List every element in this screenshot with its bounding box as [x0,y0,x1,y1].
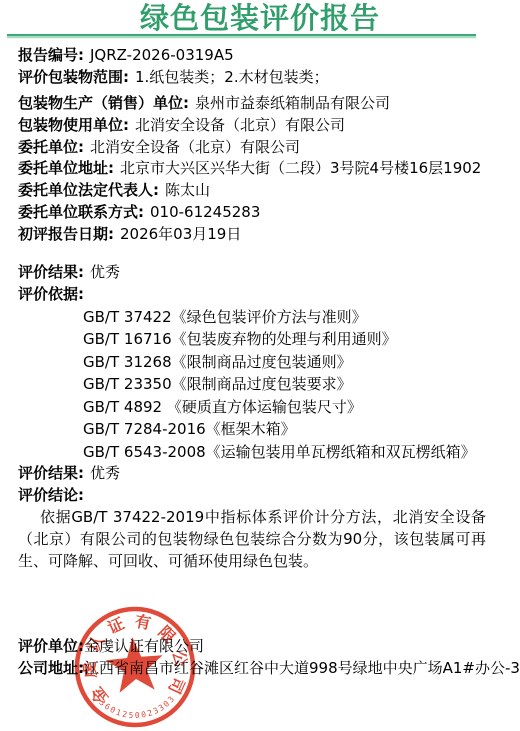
row-producer: 包装物生产（销售）单位:泉州市益泰纸箱制品有限公司 [18,93,502,115]
basis-heading-label: 评价依据: [18,285,84,303]
page-title: 绿色包装评价报告 [0,0,520,34]
row-result-second: 评价结果:优秀 [18,463,502,485]
row-report-date: 初评报告日期:2026年03月19日 [18,224,502,246]
conclusion-heading-label: 评价结论: [18,486,84,504]
row-result-first: 评价结果:优秀 [18,262,502,284]
user-unit-label: 包装物使用单位: [18,116,129,134]
standard-item: GB/T 23350《限制商品过度包装要求》 [18,373,502,396]
contact-label: 委托单位联系方式: [18,203,144,221]
row-user-unit: 包装物使用单位:北消安全设备（北京）有限公司 [18,115,502,137]
row-contact: 委托单位联系方式:010-61245283 [18,202,502,224]
producer-value: 泉州市益泰纸箱制品有限公司 [195,94,390,112]
client-address-label: 委托单位地址: [18,159,114,177]
row-report-no: 报告编号:JQRZ-2026-0319A5 [18,45,502,67]
client-label: 委托单位: [18,138,84,156]
legal-representative-value: 陈太山 [165,181,210,199]
standard-item: GB/T 37422《绿色包装评价方法与准则》 [18,306,502,329]
standard-item: GB/T 16716《包装废弃物的处理与利用通则》 [18,328,502,351]
row-client: 委托单位:北消安全设备（北京）有限公司 [18,137,502,159]
package-scope-value: 1.纸包装类；2.木材包装类； [135,68,329,86]
report-page: 绿色包装评价报告 报告编号:JQRZ-2026-0319A5 评价包装物范围:1… [0,0,520,731]
company-seal-stamp: 金虔认证有限公司 3601250023303 [65,597,206,731]
report-date-value: 2026年03月19日 [120,225,241,243]
report-no-value: JQRZ-2026-0319A5 [90,46,234,64]
client-value: 北消安全设备（北京）有限公司 [90,138,300,156]
producer-label: 包装物生产（销售）单位: [18,94,189,112]
row-legal-representative: 委托单位法定代表人:陈太山 [18,180,502,202]
report-date-label: 初评报告日期: [18,225,114,243]
standard-item: GB/T 6543-2008《运输包装用单瓦楞纸箱和双瓦楞纸箱》 [18,441,502,464]
standard-item: GB/T 4892 《硬质直方体运输包装尺寸》 [18,396,502,419]
spacer [18,245,502,262]
client-address-value: 北京市大兴区兴华大街（二段）3号院4号楼16层1902 [120,159,481,177]
result-first-label: 评价结果: [18,263,84,281]
report-body: 报告编号:JQRZ-2026-0319A5 评价包装物范围:1.纸包装类；2.木… [0,39,520,679]
result-first-value: 优秀 [90,263,120,281]
user-unit-value: 北消安全设备（北京）有限公司 [135,116,345,134]
row-client-address: 委托单位地址:北京市大兴区兴华大街（二段）3号院4号楼16层1902 [18,158,502,180]
package-scope-label: 评价包装物范围: [18,68,129,86]
row-basis-heading: 评价依据: [18,284,502,306]
standard-item: GB/T 31268《限制商品过度包装通则》 [18,351,502,374]
row-package-scope: 评价包装物范围:1.纸包装类；2.木材包装类； [18,67,502,89]
star-icon [104,635,166,694]
legal-representative-label: 委托单位法定代表人: [18,181,159,199]
contact-value: 010-61245283 [150,203,260,221]
result-second-value: 优秀 [90,464,120,482]
conclusion-paragraph: 依据GB/T 37422-2019中指标体系评价计分方法，北消安全设备（北京）有… [18,506,486,572]
result-second-label: 评价结果: [18,464,84,482]
standard-item: GB/T 7284-2016《框架木箱》 [18,418,502,441]
row-conclusion-heading: 评价结论: [18,485,502,507]
standards-list: GB/T 37422《绿色包装评价方法与准则》 GB/T 16716《包装废弃物… [18,306,502,464]
report-no-label: 报告编号: [18,46,84,64]
